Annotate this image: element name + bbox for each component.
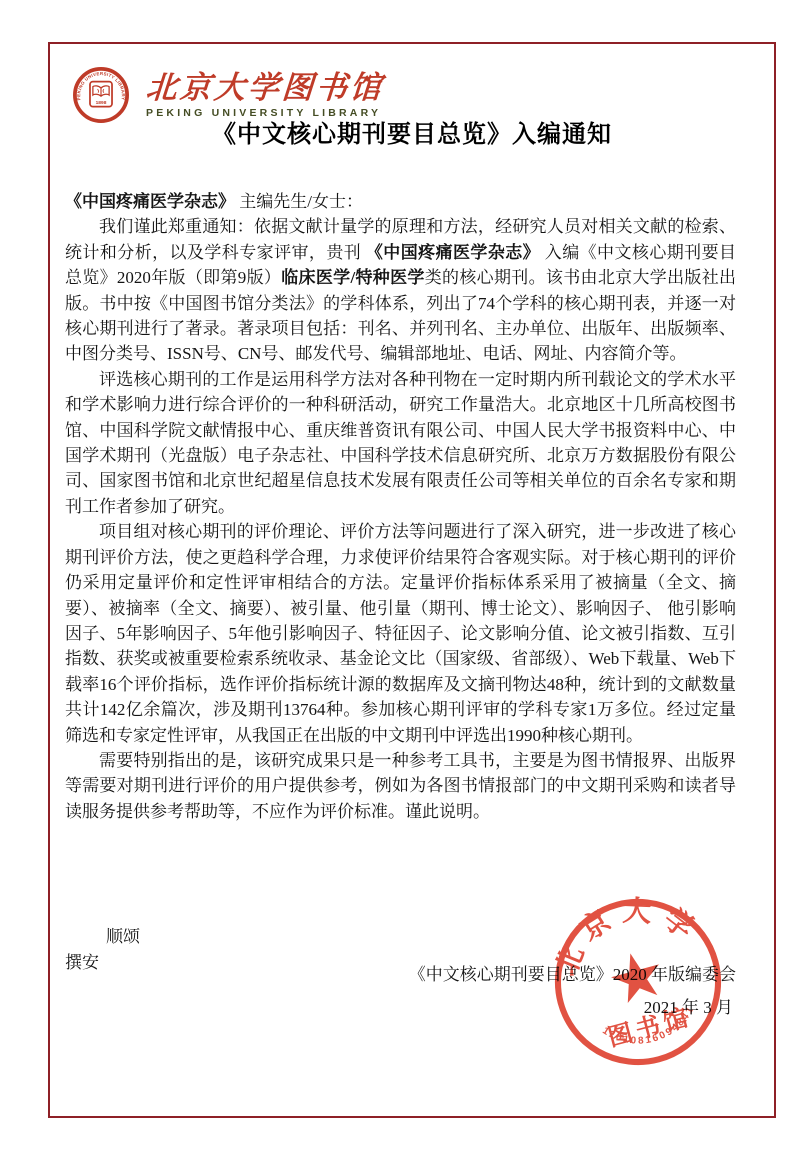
closing-shunsong: 顺颂: [106, 922, 140, 947]
text-run: 项目组对核心期刊的评价理论、评价方法等问题进行了深入研究，进一步改进了核心期刊评…: [65, 522, 736, 744]
closing-block: 顺颂 撰安 《中文核心期刊要目总览》2020 年版编委会 2021 年 3 月: [65, 920, 736, 1060]
salutation-text: 主编先生/女士：: [235, 192, 363, 211]
text-run: 评选核心期刊的工作是运用科学方法对各种刊物在一定时期内所刊载论文的学术水平和学术…: [65, 370, 736, 516]
logo-year: 1898: [96, 100, 107, 106]
library-name-english: PEKING UNIVERSITY LIBRARY: [146, 107, 384, 119]
journal-name: 《中国疼痛医学杂志》: [65, 192, 235, 211]
salutation-line: 《中国疼痛医学杂志》 主编先生/女士：: [65, 189, 736, 214]
bold-text-run: 临床医学/特种医学: [281, 268, 425, 287]
body-paragraph-3: 项目组对核心期刊的评价理论、评价方法等问题进行了深入研究，进一步改进了核心期刊评…: [65, 519, 736, 748]
body-paragraph-4: 需要特别指出的是，该研究成果只是一种参考工具书，主要是为图书情报界、出版界等需要…: [65, 748, 736, 824]
bold-text-run: 《中国疼痛医学杂志》: [366, 243, 540, 262]
letter-body: 《中国疼痛医学杂志》 主编先生/女士： 我们谨此郑重通知：依据文献计量学的原理和…: [65, 189, 736, 824]
body-paragraph-2: 评选核心期刊的工作是运用科学方法对各种刊物在一定时期内所刊载论文的学术水平和学术…: [65, 367, 736, 519]
date-line: 2021 年 3 月: [644, 993, 733, 1018]
brand-block: 北京大学图书馆 PEKING UNIVERSITY LIBRARY: [146, 71, 384, 119]
text-run: 需要特别指出的是，该研究成果只是一种参考工具书，主要是为图书情报界、出版界等需要…: [65, 751, 736, 821]
signature-line: 《中文核心期刊要目总览》2020 年版编委会: [409, 960, 736, 985]
page-border-frame: PEKING UNIVERSITY LIBRARY 1898 北京大学图书馆 P…: [48, 42, 776, 1118]
body-paragraph-1: 我们谨此郑重通知：依据文献计量学的原理和方法，经研究人员对相关文献的检索、统计和…: [65, 214, 736, 366]
library-seal-logo: PEKING UNIVERSITY LIBRARY 1898: [72, 65, 130, 125]
letterhead: PEKING UNIVERSITY LIBRARY 1898 北京大学图书馆 P…: [72, 64, 384, 126]
document-page: PEKING UNIVERSITY LIBRARY 1898 北京大学图书馆 P…: [0, 0, 800, 1169]
library-name-calligraphy: 北京大学图书馆: [145, 71, 385, 105]
closing-zhuanan: 撰安: [65, 948, 99, 973]
